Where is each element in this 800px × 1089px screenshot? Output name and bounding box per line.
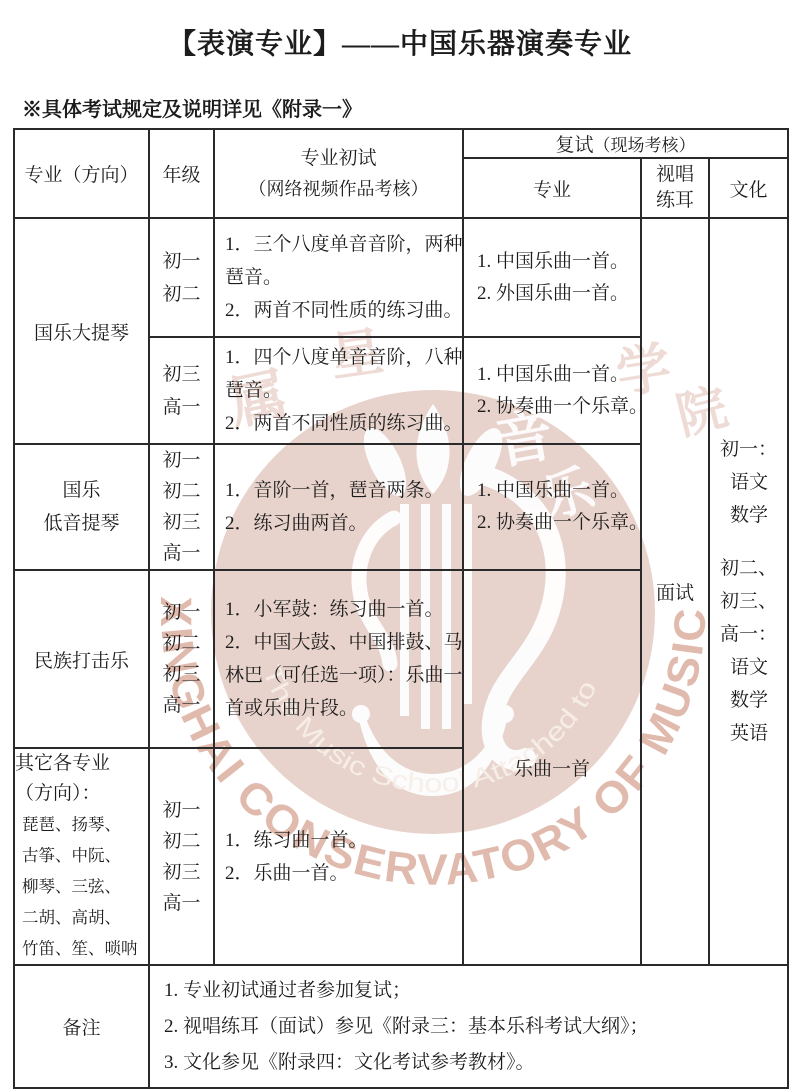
cell-grade: 初一 初二 初三 高一: [149, 444, 214, 570]
document-page: XINGHAI CONSERVATORY OF MUSIC The Music …: [0, 0, 800, 1089]
prelim-line: 2．中国大鼓、中国排鼓、马: [215, 626, 462, 659]
grade-line: 初二: [150, 628, 213, 659]
cell-prelim: 1．三个八度单音音阶，两种 琶音。 2．两首不同性质的练习曲。: [214, 218, 463, 337]
retest-merged-value: 乐曲一首: [464, 754, 640, 781]
header-grade-label: 年级: [150, 160, 213, 187]
major-name-line: 国乐: [15, 474, 148, 507]
retest-line: 2. 外国乐曲一首。: [464, 278, 640, 310]
prelim-line: 琶音。: [215, 374, 462, 407]
grade-line: 初二: [150, 826, 213, 857]
culture-line: 初二、: [720, 552, 777, 585]
header-grade: 年级: [149, 129, 214, 218]
instrument-line: 二胡、高胡、: [15, 902, 148, 933]
cell-grade: 初一 初二 初三 高一: [149, 748, 214, 965]
prelim-line: 1．小军鼓：练习曲一首。: [215, 593, 462, 626]
prelim-line: 1．四个八度单音音阶，八种: [215, 341, 462, 374]
remark-line: 2. 视唱练耳（面试）参见《附录三：基本乐科考试大纲》；: [150, 1009, 787, 1045]
header-retest-label: 复试: [556, 135, 594, 156]
header-major-label: 专业（方向）: [15, 160, 148, 187]
prelim-line: 2．两首不同性质的练习曲。: [215, 294, 462, 327]
cell-prelim: 1．四个八度单音音阶，八种 琶音。 2．两首不同性质的练习曲。: [214, 337, 463, 444]
header-major: 专业（方向）: [14, 129, 149, 218]
retest-line: 1. 中国乐曲一首。: [464, 359, 640, 391]
header-culture: 文化: [709, 158, 788, 218]
header-solfege-line2: 练耳: [642, 188, 708, 214]
header-preliminary-exam: 专业初试 （网络视频作品考核）: [214, 129, 463, 218]
culture-block: 初一： 语文 数学 初二、 初三、 高一： 语文 数学 英语: [720, 433, 777, 750]
major-name-line: 低音提琴: [15, 507, 148, 540]
prelim-line: 首或乐曲片段。: [215, 692, 462, 725]
major-name: 国乐大提琴: [15, 318, 148, 345]
major-name: 民族打击乐: [15, 646, 148, 673]
instrument-line: 古筝、中阮、: [15, 840, 148, 871]
cell-major-bass: 国乐 低音提琴: [14, 444, 149, 570]
cell-prelim: 1．小军鼓：练习曲一首。 2．中国大鼓、中国排鼓、马 林巴（可任选一项）：乐曲一…: [214, 570, 463, 748]
exam-requirements-table: 专业（方向） 年级 专业初试 （网络视频作品考核） 复试（现场考核） 专业: [13, 128, 789, 1089]
major-name-line: 其它各专业: [15, 749, 148, 779]
header-prelim-title: 专业初试: [215, 144, 462, 174]
culture-line: 英语: [720, 717, 777, 750]
culture-line: 数学: [720, 684, 777, 717]
solfege-value: 面试: [642, 578, 708, 605]
cell-remarks-label: 备注: [14, 965, 149, 1088]
cell-major-cello: 国乐大提琴: [14, 218, 149, 444]
prelim-line: 林巴（可任选一项）：乐曲一: [215, 659, 462, 692]
grade-line: 初三: [150, 659, 213, 690]
retest-line: 1. 中国乐曲一首。: [464, 475, 640, 507]
prelim-line: 琶音。: [215, 261, 462, 294]
culture-line: 初三、: [720, 585, 777, 618]
cell-grade: 初一 初二: [149, 218, 214, 337]
header-solfege-line1: 视唱: [642, 162, 708, 188]
table-row: 备注 1. 专业初试通过者参加复试； 2. 视唱练耳（面试）参见《附录三：基本乐…: [14, 965, 788, 1088]
cell-culture-merged: 初一： 语文 数学 初二、 初三、 高一： 语文 数学 英语: [709, 218, 788, 965]
grade-line: 初三: [150, 507, 213, 538]
retest-line: 2. 协奏曲一个乐章。: [464, 391, 640, 423]
cell-prelim: 1．音阶一首，琶音两条。 2．练习曲两首。: [214, 444, 463, 570]
header-retest-major: 专业: [463, 158, 641, 218]
instrument-line: 竹笛、笙、唢呐: [15, 933, 148, 964]
culture-line: 高一：: [720, 618, 777, 651]
prelim-line: 1．三个八度单音音阶，两种: [215, 228, 462, 261]
remarks-label: 备注: [15, 1013, 148, 1040]
grade-line: 初一: [150, 445, 213, 476]
cell-solfege-merged: 面试: [641, 218, 709, 965]
culture-line: 语文: [720, 466, 777, 499]
retest-line: 1. 中国乐曲一首。: [464, 246, 640, 278]
cell-retest-merged: 乐曲一首: [463, 570, 641, 965]
cell-major-percussion: 民族打击乐: [14, 570, 149, 748]
cell-major-others: 其它各专业 （方向）： 琵琶、扬琴、 古筝、中阮、 柳琴、三弦、 二胡、高胡、 …: [14, 748, 149, 965]
prelim-line: 1．练习曲一首。: [215, 824, 462, 857]
header-prelim-subtitle: （网络视频作品考核）: [215, 174, 462, 204]
instrument-line: 柳琴、三弦、: [15, 871, 148, 902]
cell-retest: 1. 中国乐曲一首。 2. 外国乐曲一首。: [463, 218, 641, 337]
culture-line: 语文: [720, 651, 777, 684]
grade-line: 初一: [150, 245, 213, 278]
cell-remarks-content: 1. 专业初试通过者参加复试； 2. 视唱练耳（面试）参见《附录三：基本乐科考试…: [149, 965, 788, 1088]
grade-line: 初三: [150, 857, 213, 888]
cell-grade: 初三 高一: [149, 337, 214, 444]
culture-line: 数学: [720, 499, 777, 532]
grade-line: 初一: [150, 597, 213, 628]
instrument-line: 琵琶、扬琴、: [15, 809, 148, 840]
major-name-line: （方向）：: [15, 779, 148, 809]
culture-line: 初一：: [720, 433, 777, 466]
grade-line: 初二: [150, 278, 213, 311]
grade-line: 初三: [150, 358, 213, 391]
page-title: 【表演专业】——中国乐器演奏专业: [0, 22, 800, 62]
prelim-line: 2．乐曲一首。: [215, 857, 462, 890]
grade-line: 高一: [150, 690, 213, 721]
prelim-line: 2．两首不同性质的练习曲。: [215, 407, 462, 440]
grade-line: 初一: [150, 795, 213, 826]
grade-line: 高一: [150, 391, 213, 424]
remark-line: 3. 文化参见《附录四：文化考试参考教材》。: [150, 1045, 787, 1081]
cell-retest: 1. 中国乐曲一首。 2. 协奏曲一个乐章。: [463, 337, 641, 444]
header-retest-major-label: 专业: [464, 175, 640, 202]
remark-line: 1. 专业初试通过者参加复试；: [150, 973, 787, 1009]
grade-line: 高一: [150, 888, 213, 919]
prelim-line: 2．练习曲两首。: [215, 507, 462, 540]
exam-note: ※具体考试规定及说明详见《附录一》: [22, 93, 362, 122]
retest-line: 2. 协奏曲一个乐章。: [464, 507, 640, 539]
table-row: 国乐大提琴 初一 初二 1．三个八度单音音阶，两种 琶音。 2．两首不同性质的练…: [14, 218, 788, 337]
grade-line: 初二: [150, 476, 213, 507]
header-culture-label: 文化: [710, 175, 787, 202]
cell-retest: 1. 中国乐曲一首。 2. 协奏曲一个乐章。: [463, 444, 641, 570]
cell-grade: 初一 初二 初三 高一: [149, 570, 214, 748]
header-retest-subtitle: （现场考核）: [594, 136, 696, 155]
cell-prelim: 1．练习曲一首。 2．乐曲一首。: [214, 748, 463, 965]
prelim-line: 1．音阶一首，琶音两条。: [215, 474, 462, 507]
header-solfege: 视唱 练耳: [641, 158, 709, 218]
header-retest: 复试（现场考核）: [463, 129, 788, 158]
grade-line: 高一: [150, 538, 213, 569]
culture-gap: [720, 532, 777, 552]
